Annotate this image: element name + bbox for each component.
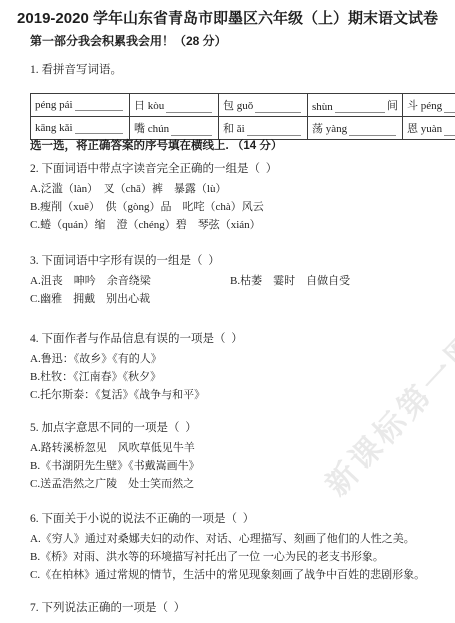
question-stem: 7. 下列说法正确的一项是（ ） bbox=[30, 599, 447, 615]
question-stem: 2. 下面词语中带点字读音完全正确的一组是（ ） bbox=[30, 160, 447, 176]
question-stem: 3. 下面词语中字形有误的一组是（ ） bbox=[30, 252, 447, 268]
option-line: B.《书湖阴先生壁》《书戴嵩画牛》 bbox=[30, 457, 449, 473]
option-line: C.幽雅 拥戴 别出心裁 bbox=[30, 290, 449, 306]
questions-container: 2. 下面词语中带点字读音完全正确的一组是（ ）A.泛滥（làn） 叉（chā）… bbox=[0, 0, 455, 623]
option-line: A.《穷人》通过对桑娜夫妇的动作、对话、心理描写、刻画了他们的人性之美。 bbox=[30, 530, 449, 546]
option-line: A.泛滥（làn） 叉（chā）裤 暴露（lù） bbox=[30, 180, 449, 196]
question-stem: 4. 下面作者与作品信息有误的一项是（ ） bbox=[30, 330, 447, 346]
option-line: B.瘦削（xuē） 供（gòng）品 叱咤（chà）风云 bbox=[30, 198, 449, 214]
question-stem: 6. 下面关于小说的说法不正确的一项是（ ） bbox=[30, 510, 447, 526]
option-item: B.《桥》对雨、洪水等的环境描写衬托出了一位 一心为民的老支书形象。 bbox=[30, 551, 384, 563]
option-line: B.《桥》对雨、洪水等的环境描写衬托出了一位 一心为民的老支书形象。 bbox=[30, 548, 449, 564]
option-item: C.幽雅 拥戴 别出心裁 bbox=[30, 293, 150, 305]
option-item: C.托尔斯泰：《复活》《战争与和平》 bbox=[30, 389, 205, 401]
question-stem: 5. 加点字意思不同的一项是（ ） bbox=[30, 419, 447, 435]
option-line: C.托尔斯泰：《复活》《战争与和平》 bbox=[30, 386, 449, 402]
option-line: A.沮丧 呻吟 余音绕梁B.枯萎 霎时 自做自受 bbox=[30, 272, 449, 288]
option-item: A.沮丧 呻吟 余音绕梁 bbox=[30, 272, 230, 288]
option-item: A.鲁迅：《故乡》《有的人》 bbox=[30, 353, 162, 365]
option-line: A.鲁迅：《故乡》《有的人》 bbox=[30, 350, 449, 366]
option-item: C.《在柏林》通过常规的情节，生活中的常见现象刻画了战争中百姓的悲剧形象。 bbox=[30, 569, 425, 581]
option-item: B.杜牧：《江南春》《秋夕》 bbox=[30, 371, 161, 383]
option-line: C.蜷（quán）缩 澄（chéng）碧 琴弦（xián） bbox=[30, 216, 449, 232]
option-item: C.送孟浩然之广陵 处士笑而然之 bbox=[30, 478, 194, 490]
option-line: C.送孟浩然之广陵 处士笑而然之 bbox=[30, 475, 449, 491]
option-item: A.路转溪桥忽见 风吹草低见牛羊 bbox=[30, 442, 195, 454]
option-item: B.《书湖阴先生壁》《书戴嵩画牛》 bbox=[30, 460, 200, 472]
option-item: A.《穷人》通过对桑娜夫妇的动作、对话、心理描写、刻画了他们的人性之美。 bbox=[30, 533, 415, 545]
option-line: C.《在柏林》通过常规的情节，生活中的常见现象刻画了战争中百姓的悲剧形象。 bbox=[30, 566, 449, 582]
option-line: B.杜牧：《江南春》《秋夕》 bbox=[30, 368, 449, 384]
exam-paper-page: 新课标第一网 2019-2020 学年山东省青岛市即墨区六年级（上）期末语文试卷… bbox=[0, 0, 455, 623]
option-item: A.泛滥（làn） 叉（chā）裤 暴露（lù） bbox=[30, 183, 226, 195]
option-item: B.枯萎 霎时 自做自受 bbox=[230, 275, 350, 287]
option-line: A.路转溪桥忽见 风吹草低见牛羊 bbox=[30, 439, 449, 455]
option-item: B.瘦削（xuē） 供（gòng）品 叱咤（chà）风云 bbox=[30, 201, 264, 213]
option-item: C.蜷（quán）缩 澄（chéng）碧 琴弦（xián） bbox=[30, 219, 261, 231]
